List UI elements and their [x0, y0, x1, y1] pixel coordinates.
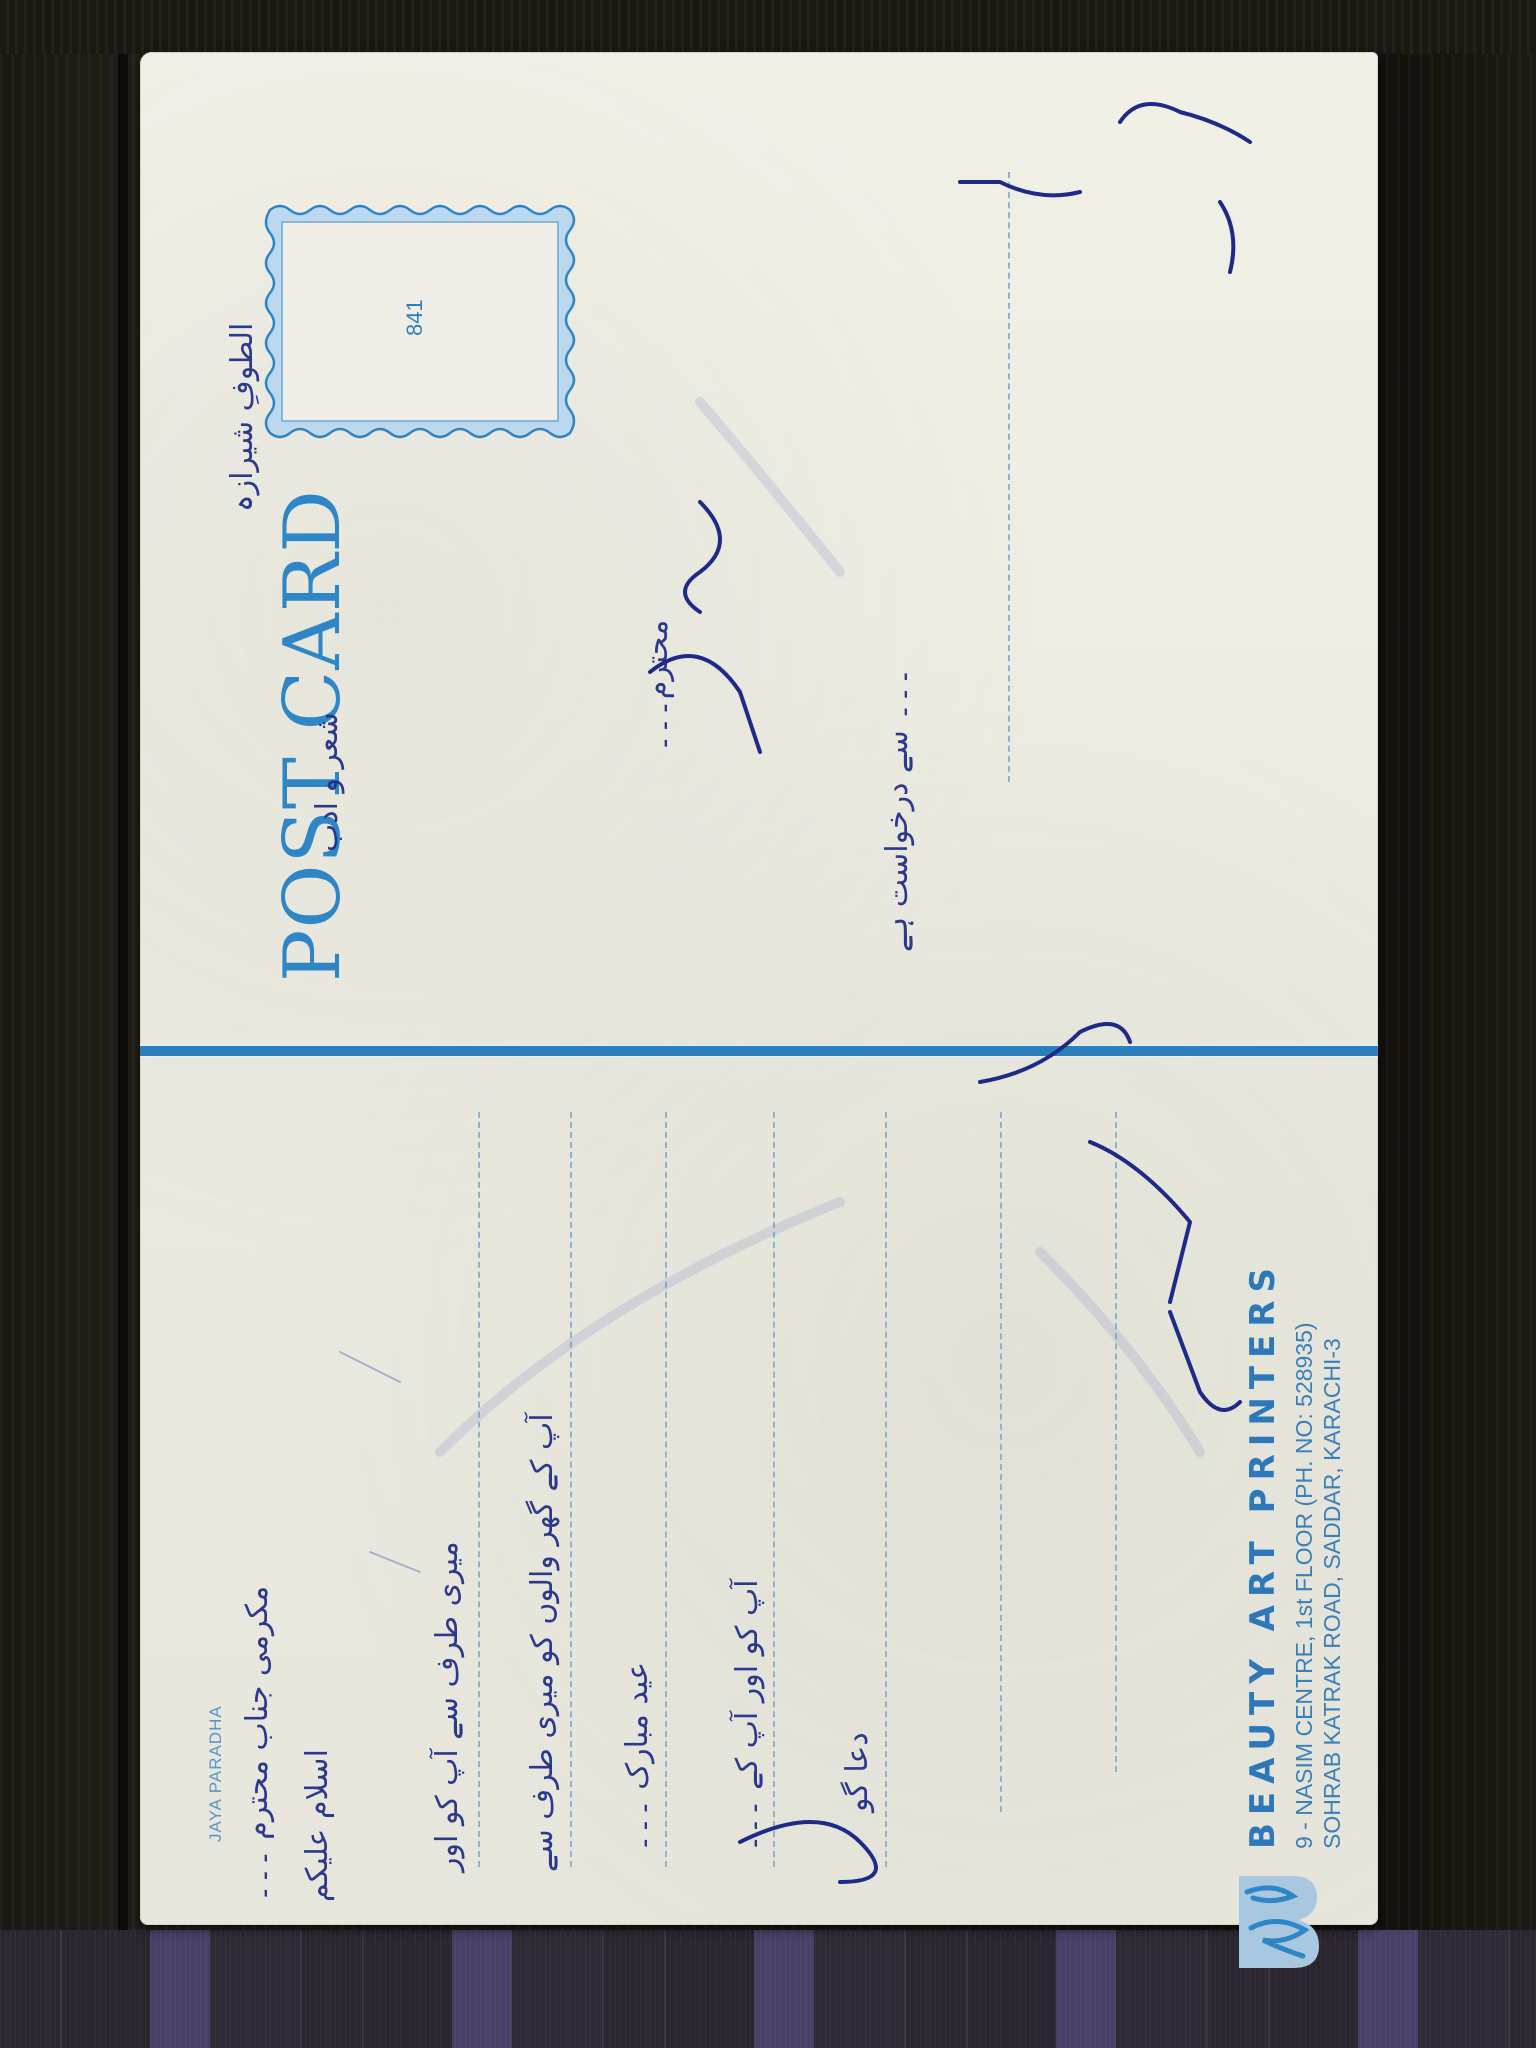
message-line-2	[570, 1112, 572, 1867]
handwriting-address-3: محترم۔۔۔	[640, 620, 675, 752]
message-line-7	[1115, 1112, 1117, 1772]
handwriting-address-1: الطوفِ شیرازہ	[225, 323, 260, 512]
handwriting-message-4: آپ کے گھر والوں کو میری طرف سے	[525, 1413, 560, 1872]
message-line-5	[885, 1112, 887, 1867]
postcard: 841 POST CARD JAYA PARADHA BEAUTY ART PR…	[140, 52, 1378, 1925]
handwriting-message-2: اسلام علیکم	[300, 1749, 335, 1902]
message-line-3	[665, 1112, 667, 1867]
address-line-1	[1008, 172, 1010, 782]
message-line-6	[1000, 1112, 1002, 1812]
message-line-1	[478, 1112, 480, 1867]
handwriting-message-3: میری طرف سے آپ کو اور	[430, 1541, 465, 1872]
printer-address-line-1: 9 - NASIM CENTRE, 1st FLOOR (PH. NO: 528…	[1290, 1322, 1318, 1849]
handwriting-message-5: عید مبارک ۔۔۔	[620, 1662, 655, 1852]
printer-logo-icon	[1233, 1874, 1321, 1970]
printer-address: 9 - NASIM CENTRE, 1st FLOOR (PH. NO: 528…	[1290, 1322, 1346, 1849]
background-shelf-top	[0, 0, 1536, 54]
handwriting-address-4: ۔۔۔ سے درخواست ہے	[880, 668, 915, 952]
handwriting-message-7: دعا گو	[840, 1732, 875, 1812]
printer-address-line-2: SOHRAB KATRAK ROAD, SADDAR, KARACHI-3	[1318, 1322, 1346, 1849]
photo-caption: JAYA PARADHA	[206, 1705, 226, 1842]
stamp-number: 841	[402, 299, 428, 336]
message-line-4	[773, 1112, 775, 1867]
printer-name: BEAUTY ART PRINTERS	[1243, 1260, 1283, 1849]
handwriting-message-6: آپ کو اور آپ کے ۔۔۔	[730, 1579, 765, 1852]
center-divider	[140, 1045, 1378, 1057]
handwriting-address-2: شعر و ادب	[310, 712, 345, 852]
handwriting-message-1: مکرمی جناب محترم ۔۔۔	[240, 1586, 275, 1902]
card-shadow-left	[118, 54, 128, 1930]
